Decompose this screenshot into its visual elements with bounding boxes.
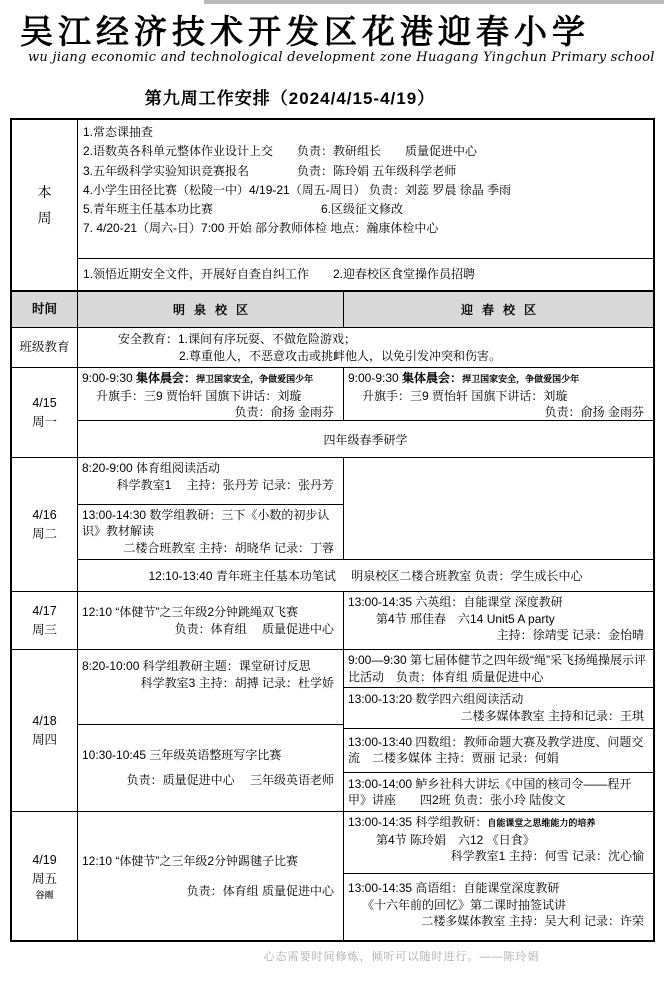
assembly-theme: 捍卫国家安全，争做爱国少年 <box>462 374 579 384</box>
activity-line2: 第4节 陈玲娟 六12 《日食》 <box>348 832 649 849</box>
col-mingquan-header: 明泉校区 <box>78 292 344 327</box>
assembly-line1: 9:00-9:30 集体晨会：捍卫国家安全，争做爱国少年 <box>348 370 649 388</box>
tuesday-day: 周二 <box>32 525 57 544</box>
monday-span-cell: 四年级春季研学 <box>78 421 653 457</box>
week-items-cell: 1.常态课抽查 2.语数英各科单元整体作业设计上交 负责：教研组长 质量促进中心… <box>78 120 653 259</box>
wednesday-date: 4/17 <box>32 602 56 621</box>
assembly-line2: 升旗手：三9 贾怡轩 国旗下讲话：刘璇 <box>348 388 649 405</box>
col-time-header: 时间 <box>12 292 78 327</box>
activity-line3: 主持：徐靖雯 记录：金怡晴 <box>348 627 649 644</box>
week-item: 7. 4/20-21（周六-日）7:00 开始 部分教师体检 地点：瀚康体检中心 <box>83 219 653 238</box>
thursday-yingchun-cell-1: 9:00—9:30 第七届体健节之四年级“绳”采飞扬绳操展示评比活动 负责：体育… <box>344 650 653 688</box>
activity-line1: 13:00-14:35 六英组：自能课堂 深度教研 <box>348 594 649 611</box>
activity-line2: 负责：体育组 质量促进中心 <box>82 621 339 638</box>
friday-solar-term: 谷雨 <box>35 889 53 901</box>
tuesday-yingchun-cell <box>344 458 653 559</box>
schedule-table: 本周 1.常态课抽查 2.语数英各科单元整体作业设计上交 负责：教研组长 质量促… <box>10 118 655 942</box>
activity-line1: 13:00-14:35 科学组教研：自能课堂之思维能力的培养 <box>348 814 649 832</box>
thursday-yingchun-cell-4: 13:00-14:00 鲈乡社科大讲坛《中国的核司令——程开甲》讲座 四2班 负… <box>344 773 653 811</box>
activity-theme: 自能课堂之思维能力的培养 <box>487 818 595 828</box>
week-sub-cell: 1.领悟近期安全文件，开展好自查自纠工作 2.迎春校区食堂操作员招聘 <box>78 259 653 288</box>
activity-line1: 13:00-14:30 数学组教研：三下《小数的初步认识》教材解读 <box>82 507 339 540</box>
activity-line1: 8:20-10:00 科学组教研主题：课堂研讨反思 <box>82 658 339 675</box>
col-yingchun-header: 迎春校区 <box>344 292 653 327</box>
assembly-line2: 升旗手：三9 贾怡轩 国旗下讲话：刘璇 <box>82 388 339 405</box>
assembly-line3: 负责：俞扬 金雨芬 <box>82 404 339 421</box>
class-education-row: 班级教育 安全教育：1.课间有序玩耍、不做危险游戏； 2.尊重他人，不恶意攻击或… <box>12 328 653 368</box>
table-header-row: 时间 明泉校区 迎春校区 <box>12 290 653 328</box>
friday-mingquan-cell: 12:10 “体健节”之三年级2分钟踢毽子比赛 负责：体育组 质量促进中心 <box>78 812 344 940</box>
tuesday-mingquan-cell-1: 8:20-9:00 体育组阅读活动 科学教室1 主持：张丹芳 记录：张丹芳 <box>78 458 343 505</box>
safety-line1: 安全教育：1.课间有序玩耍、不做危险游戏； <box>82 331 649 348</box>
window-edge-strip <box>204 0 664 4</box>
monday-label-cell: 4/15 周一 <box>12 368 78 457</box>
activity-line2: 二楼多媒体教室 主持和记录：王琪 <box>348 708 649 725</box>
thursday-mingquan-cell-2: 10:30-10:45 三年级英语整班写字比赛 负责：质量促进中心 三年级英语老… <box>78 725 343 811</box>
friday-row: 4/19 周五 谷雨 12:10 “体健节”之三年级2分钟踢毽子比赛 负责：体育… <box>12 812 653 940</box>
thursday-date: 4/18 <box>32 712 56 731</box>
week-label-cell: 本周 <box>12 120 78 290</box>
week-item: 5.青年班主任基本功比赛 6.区级征文修改 <box>83 200 653 219</box>
friday-yingchun-cell-1: 13:00-14:35 科学组教研：自能课堂之思维能力的培养 第4节 陈玲娟 六… <box>344 812 653 874</box>
thursday-yingchun-cell-2: 13:00-13:20 数学四六组阅读活动 二楼多媒体教室 主持和记录：王琪 <box>344 688 653 729</box>
activity-line2: 负责：质量促进中心 三年级英语老师 <box>82 764 339 789</box>
monday-yingchun-cell: 9:00-9:30 集体晨会：捍卫国家安全，争做爱国少年 升旗手：三9 贾怡轩 … <box>344 368 653 420</box>
activity-line2: 科学教室1 主持：张丹芳 记录：张丹芳 <box>82 477 339 494</box>
wednesday-mingquan-cell: 12:10 “体健节”之三年级2分钟跳绳双飞赛 负责：体育组 质量促进中心 <box>78 592 344 649</box>
wednesday-row: 4/17 周三 12:10 “体健节”之三年级2分钟跳绳双飞赛 负责：体育组 质… <box>12 592 653 650</box>
tuesday-date: 4/16 <box>32 506 56 525</box>
thursday-row: 4/18 周四 8:20-10:00 科学组教研主题：课堂研讨反思 科学教室3 … <box>12 650 653 812</box>
activity-line1: 13:00-14:35 高语组：自能课堂深度教研 <box>348 880 649 897</box>
tuesday-mingquan-cell-2: 13:00-14:30 数学组教研：三下《小数的初步认识》教材解读 二楼合班教室… <box>78 505 343 559</box>
doc-title: 第九周工作安排（2024/4/15-4/19） <box>0 84 580 109</box>
friday-date: 4/19 <box>32 851 56 870</box>
activity-line3: 二楼多媒体教室 主持：吴大利 记录：许荣 <box>348 913 649 930</box>
tuesday-span-cell: 12:10-13:40 青年班主任基本功笔试 明泉校区二楼合班教室 负责：学生成… <box>78 560 653 591</box>
week-row: 本周 1.常态课抽查 2.语数英各科单元整体作业设计上交 负责：教研组长 质量促… <box>12 120 653 290</box>
friday-label-cell: 4/19 周五 谷雨 <box>12 812 78 940</box>
school-name-en: wu jiang economic and technological deve… <box>28 50 655 65</box>
school-name-cn: 吴江经济技术开发区花港迎春小学 <box>20 6 650 53</box>
wednesday-yingchun-cell: 13:00-14:35 六英组：自能课堂 深度教研 第4节 邢佳春 六14 Un… <box>344 592 653 649</box>
activity-line1: 12:10 “体健节”之三年级2分钟跳绳双飞赛 <box>82 604 339 621</box>
week-label: 本周 <box>35 179 53 231</box>
footer-quote: 心态需要时间修炼，倾听可以随时进行。——陈玲娟 <box>138 948 664 964</box>
class-education-cell: 安全教育：1.课间有序玩耍、不做危险游戏； 2.尊重他人，不恶意攻击或挑衅他人，… <box>78 328 653 367</box>
activity-line2: 第4节 邢佳春 六14 Unit5 A party <box>348 611 649 628</box>
thursday-label-cell: 4/18 周四 <box>12 650 78 811</box>
wednesday-day: 周三 <box>32 621 57 640</box>
week-item: 1.常态课抽查 <box>83 123 653 142</box>
activity-line2: 二楼合班教室 主持：胡晓华 记录：丁蓉 <box>82 540 339 557</box>
activity-line2: 《十六年前的回忆》第二课时抽签试讲 <box>348 897 649 914</box>
tuesday-label-cell: 4/16 周二 <box>12 458 78 591</box>
friday-day: 周五 <box>32 870 57 889</box>
thursday-yingchun-cell-3: 13:00-13:40 四数组：教师命题大赛及教学进度、问题交流 二楼多媒体 主… <box>344 729 653 774</box>
monday-row: 4/15 周一 9:00-9:30 集体晨会：捍卫国家安全，争做爱国少年 升旗手… <box>12 368 653 458</box>
week-item: 4.小学生田径比赛（松陵一中）4/19-21（周五-周日） 负责：刘蕊 罗晨 徐… <box>83 181 653 200</box>
friday-yingchun-cell-2: 13:00-14:35 高语组：自能课堂深度教研 《十六年前的回忆》第二课时抽签… <box>344 874 653 940</box>
activity-line1: 12:10 “体健节”之三年级2分钟踢毽子比赛 <box>82 853 339 870</box>
assembly-line3: 负责：俞扬 金雨芬 <box>348 404 649 421</box>
week-item: 2.语数英各科单元整体作业设计上交 负责：教研组长 质量促进中心 <box>83 142 653 161</box>
assembly-line1: 9:00-9:30 集体晨会：捍卫国家安全，争做爱国少年 <box>82 370 339 388</box>
assembly-theme: 捍卫国家安全，争做爱国少年 <box>196 374 313 384</box>
activity-line1: 8:20-9:00 体育组阅读活动 <box>82 460 339 477</box>
activity-line3: 科学教室1 主持：何雪 记录：沈心愉 <box>348 848 649 865</box>
wednesday-label-cell: 4/17 周三 <box>12 592 78 649</box>
activity-line1: 10:30-10:45 三年级英语整班写字比赛 <box>82 747 339 764</box>
thursday-day: 周四 <box>32 731 57 750</box>
activity-line1: 13:00-13:20 数学四六组阅读活动 <box>348 691 649 708</box>
class-education-label: 班级教育 <box>12 328 78 367</box>
week-item: 3.五年级科学实验知识竞赛报名 负责：陈玲娟 五年级科学老师 <box>83 162 653 181</box>
tuesday-row: 4/16 周二 8:20-9:00 体育组阅读活动 科学教室1 主持：张丹芳 记… <box>12 458 653 592</box>
monday-mingquan-cell: 9:00-9:30 集体晨会：捍卫国家安全，争做爱国少年 升旗手：三9 贾怡轩 … <box>78 368 344 420</box>
thursday-mingquan-cell-1: 8:20-10:00 科学组教研主题：课堂研讨反思 科学教室3 主持：胡搏 记录… <box>78 650 343 725</box>
activity-line2: 负责：体育组 质量促进中心 <box>82 869 339 900</box>
monday-date: 4/15 <box>32 394 56 413</box>
monday-day: 周一 <box>32 413 57 432</box>
activity-line2: 科学教室3 主持：胡搏 记录：杜学娇 <box>82 675 339 692</box>
safety-line2: 2.尊重他人，不恶意攻击或挑衅他人，以免引发冲突和伤害。 <box>82 348 649 365</box>
